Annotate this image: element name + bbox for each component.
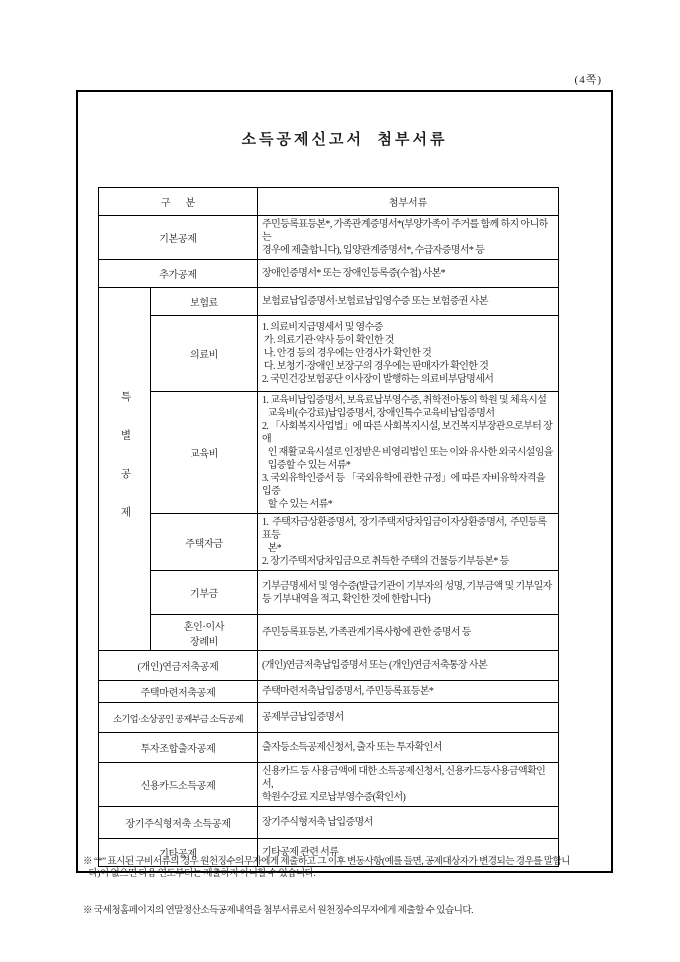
table-row-medical: 의료비 1. 의료비지급명세서 및 영수증 가. 의료기관·약사 등이 확인한 … (99, 316, 559, 392)
table-row-housing-fund: 주택자금 1. 주택자금상환증명서, 장기주택저당차입금이자상환증명서, 주민등… (99, 514, 559, 571)
table-row-investment-association: 투자조합출자공제 출자등소득공제신청서, 출자 또는 투자확인서 (99, 733, 559, 763)
special-deduction-group-label: 특별공제 (118, 391, 132, 545)
row-label: 소기업·소상공인 공제부금 소득공제 (99, 703, 258, 733)
row-content: 신용카드 등 사용금액에 대한 소득공제신청서, 신용카드등사용금액확인서, 학… (258, 763, 559, 807)
table-row-marriage-moving-funeral: 혼인·이사 장례비 주민등록표등본, 가족관계기록사항에 관한 증명서 등 (99, 615, 559, 651)
row-content: 1. 주택자금상환증명서, 장기주택저당차입금이자상환증명서, 주민등록표등 본… (258, 514, 559, 571)
table-row-personal-pension: (개인)연금저축공제 (개인)연금저축납입증명서 또는 (개인)연금저축통장 사… (99, 651, 559, 681)
row-content: 주민등록표등본, 가족관계기록사항에 관한 증명서 등 (258, 615, 559, 651)
row-content: 출자등소득공제신청서, 출자 또는 투자확인서 (258, 733, 559, 763)
row-label: 주택자금 (151, 514, 258, 571)
row-label: 기본공제 (99, 216, 258, 260)
footnotes: ※ “*” 표시된 구비서류의 경우 원천징수의무자에게 제출하고 그 이후 변… (83, 832, 609, 942)
row-label: 투자조합출자공제 (99, 733, 258, 763)
table-row-small-business-mutual-aid: 소기업·소상공인 공제부금 소득공제 공제부금납입증명서 (99, 703, 559, 733)
attachments-table: 구 분 첨부서류 기본공제 주민등록표등본*, 가족관계증명서*(부양가족이 주… (98, 187, 559, 867)
row-label: (개인)연금저축공제 (99, 651, 258, 681)
page-title: 소득공제신고서 첨부서류 (78, 128, 611, 149)
row-content: 주민등록표등본*, 가족관계증명서*(부양가족이 주거를 함께 하지 아니하는 … (258, 216, 559, 260)
table-row-basic-deduction: 기본공제 주민등록표등본*, 가족관계증명서*(부양가족이 주거를 함께 하지 … (99, 216, 559, 260)
row-label: 혼인·이사 장례비 (151, 615, 258, 651)
header-documents: 첨부서류 (258, 188, 559, 216)
row-content: 장애인증명서* 또는 장애인등록증(수첩) 사본* (258, 260, 559, 288)
row-content: 1. 교육비납입증명서, 보육료납부영수증, 취학전아동의 학원 및 체육시설 … (258, 392, 559, 514)
row-label: 보험료 (151, 288, 258, 316)
table-row-donation: 기부금 기부금명세서 및 영수증(발급기관이 기부자의 성명, 기부금액 및 기… (99, 571, 559, 615)
row-content: 주택마련저축납입증명서, 주민등록표등본* (258, 681, 559, 703)
row-content: 1. 의료비지급명세서 및 영수증 가. 의료기관·약사 등이 확인한 것 나.… (258, 316, 559, 392)
table-row-education: 교육비 1. 교육비납입증명서, 보육료납부영수증, 취학전아동의 학원 및 체… (99, 392, 559, 514)
table-header-row: 구 분 첨부서류 (99, 188, 559, 216)
header-category: 구 분 (99, 188, 258, 216)
document-page: { "page": { "page_number": "(4쪽)", "titl… (0, 0, 680, 962)
row-content: 기부금명세서 및 영수증(발급기관이 기부자의 성명, 기부금액 및 기부일자 … (258, 571, 559, 615)
row-content: 보험료납입증명서·보험료납입영수증 또는 보험증권 사본 (258, 288, 559, 316)
row-label: 주택마련저축공제 (99, 681, 258, 703)
row-content: (개인)연금저축납입증명서 또는 (개인)연금저축통장 사본 (258, 651, 559, 681)
page-number: (4쪽) (575, 71, 602, 87)
row-label: 추가공제 (99, 260, 258, 288)
row-label: 의료비 (151, 316, 258, 392)
table-row-credit-card: 신용카드소득공제 신용카드 등 사용금액에 대한 소득공제신청서, 신용카드등사… (99, 763, 559, 807)
special-deduction-group-cell: 특별공제 (99, 288, 151, 651)
table-row-insurance: 특별공제 보험료 보험료납입증명서·보험료납입영수증 또는 보험증권 사본 (99, 288, 559, 316)
row-label: 교육비 (151, 392, 258, 514)
row-label: 기부금 (151, 571, 258, 615)
row-label: 신용카드소득공제 (99, 763, 258, 807)
footnote-asterisk-note: ※ “*” 표시된 구비서류의 경우 원천징수의무자에게 제출하고 그 이후 변… (83, 856, 609, 880)
footnote-nts-homepage-note: ※ 국세청홈페이지의 연말정산소득공제내역을 첨부서류로서 원천징수의무자에게 … (83, 905, 609, 917)
row-content: 공제부금납입증명서 (258, 703, 559, 733)
document-border: 소득공제신고서 첨부서류 구 분 첨부서류 기본공제 주민등록표등본*, 가족관… (76, 90, 613, 873)
table-row-housing-savings: 주택마련저축공제 주택마련저축납입증명서, 주민등록표등본* (99, 681, 559, 703)
table-row-additional-deduction: 추가공제 장애인증명서* 또는 장애인등록증(수첩) 사본* (99, 260, 559, 288)
